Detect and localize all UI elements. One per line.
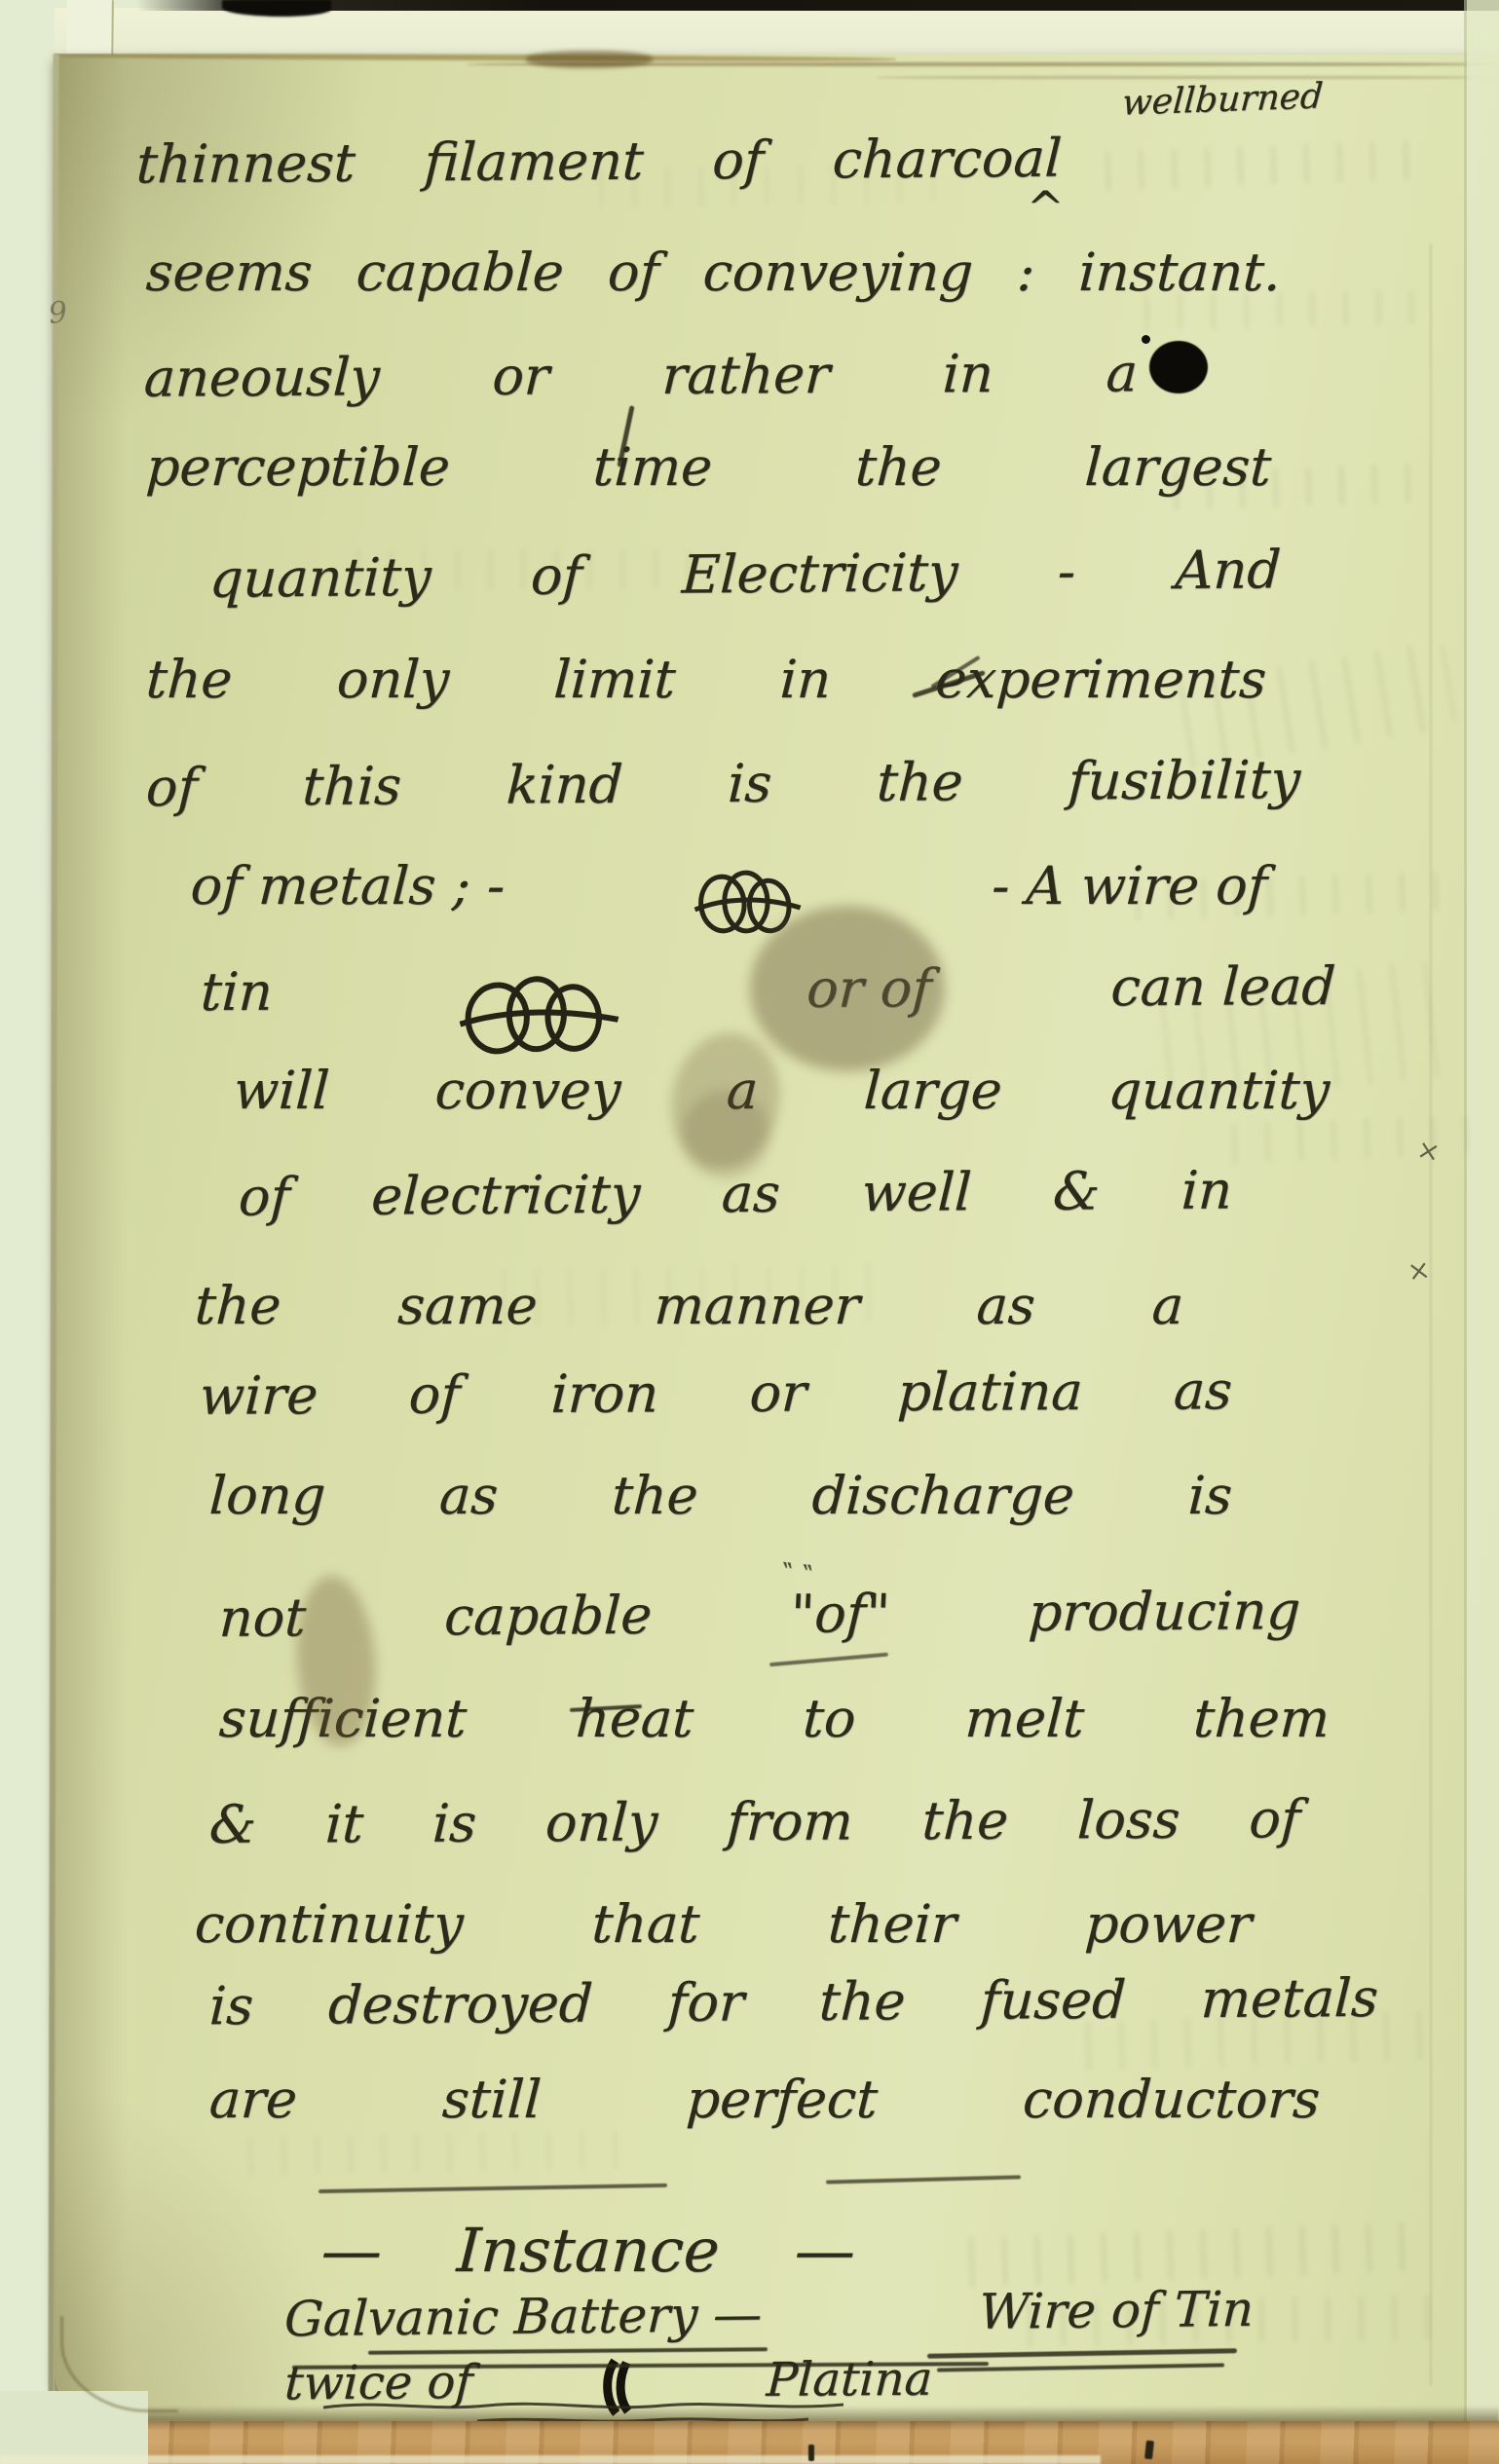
- word: capable: [443, 1588, 654, 1645]
- word: of: [145, 761, 199, 816]
- word: capable: [355, 245, 565, 301]
- section-heading: — Instance —: [319, 2219, 856, 2282]
- word: will: [233, 1064, 331, 1119]
- word: charcoal: [831, 131, 1063, 188]
- word: same: [396, 1279, 539, 1334]
- fold-streak: [877, 76, 1499, 79]
- word: destroyed: [327, 1976, 594, 2034]
- word: as: [975, 1279, 1036, 1334]
- word: conductors: [1022, 2072, 1322, 2128]
- word: still: [441, 2072, 543, 2128]
- word: of: [407, 1367, 461, 1423]
- word: electricity: [370, 1168, 642, 1225]
- manuscript-line: wireofironorplatinaas: [199, 1363, 1234, 1424]
- word: quantity: [208, 550, 432, 608]
- word: of: [530, 548, 583, 604]
- ink-blot: [1149, 341, 1208, 393]
- word: perfect: [685, 2072, 879, 2128]
- scanner-strip: [0, 2455, 1101, 2464]
- galvanic-battery-label: Galvanic Battery —: [283, 2289, 763, 2345]
- heading-title: Instance: [456, 2219, 722, 2282]
- word: it: [324, 1797, 365, 1852]
- word: rather: [660, 348, 831, 404]
- word: or: [748, 1366, 807, 1422]
- word: a: [1105, 346, 1139, 401]
- smudge-mark: [750, 906, 945, 1071]
- word: a: [1150, 1279, 1184, 1334]
- word: power: [1083, 1897, 1253, 1953]
- word: fused: [979, 1973, 1127, 2030]
- word: convey: [433, 1064, 621, 1119]
- word: And: [1174, 542, 1282, 599]
- word: the: [818, 1974, 907, 2030]
- line-segment: tin: [200, 965, 274, 1021]
- line-segment: of metals ; -: [189, 859, 506, 915]
- word: is: [431, 1796, 478, 1851]
- manuscript-line: &itisonlyfromthelossof: [208, 1792, 1302, 1853]
- word: the: [145, 653, 234, 708]
- word: well: [860, 1165, 972, 1220]
- word: only: [544, 1796, 659, 1851]
- bleed-through-mark: [234, 2129, 644, 2175]
- word: the: [194, 1279, 282, 1334]
- word: manner: [653, 1279, 861, 1334]
- manuscript-line: longasthedischargeis: [208, 1469, 1234, 1524]
- word: perceptible: [145, 440, 452, 496]
- word: producing: [1028, 1584, 1302, 1641]
- word: experiments: [934, 653, 1267, 708]
- manuscript-line: continuitythattheirpower: [194, 1897, 1254, 1953]
- word: them: [1192, 1692, 1331, 1747]
- line-segment: can lead: [1109, 959, 1336, 1016]
- word: as: [438, 1469, 500, 1524]
- paper-edge-line: [1430, 243, 1432, 2386]
- word: loss: [1076, 1793, 1181, 1848]
- word: kind: [506, 758, 624, 814]
- word: in: [942, 347, 995, 402]
- word: Electricity: [681, 545, 959, 603]
- manuscript-line: notcapable"of"producing: [218, 1584, 1302, 1646]
- word: thinnest: [135, 136, 356, 193]
- word: of: [1248, 1792, 1301, 1848]
- word: for: [666, 1975, 745, 2031]
- scribble-strikeout: [449, 963, 629, 1062]
- word: seems: [145, 245, 315, 301]
- word: melt: [963, 1692, 1085, 1747]
- manuscript-line: quantityofElectricity-And: [208, 542, 1282, 607]
- right-sheet-band: [1467, 0, 1499, 2464]
- word: &: [1052, 1164, 1102, 1219]
- word: that: [590, 1897, 700, 1953]
- heading-dash: —: [319, 2219, 383, 2282]
- word: wire: [199, 1368, 319, 1424]
- word: in: [1180, 1163, 1234, 1218]
- word: the: [611, 1469, 699, 1524]
- footer-line-battery: Galvanic Battery — Wire of Tin: [283, 2284, 1255, 2345]
- word: instant.: [1077, 245, 1282, 301]
- word: are: [208, 2072, 299, 2128]
- word: or: [491, 349, 550, 404]
- line-segment: - A wire of: [991, 859, 1268, 915]
- word: filament: [423, 134, 645, 191]
- word: not: [218, 1590, 308, 1646]
- manuscript-line: of metals ; - - A wire of: [188, 859, 1269, 943]
- word: :: [1016, 245, 1036, 301]
- manuscript-line: aneouslyorratherina: [143, 346, 1140, 406]
- word: metals: [1200, 1971, 1380, 2028]
- insertion-word: wellburned: [1121, 76, 1325, 123]
- word: to: [802, 1692, 857, 1747]
- word: from: [726, 1794, 854, 1849]
- word: fusibility: [1067, 753, 1301, 809]
- word: this: [301, 759, 402, 814]
- manuscript-line: arestillperfectconductors: [208, 2072, 1322, 2128]
- edge-cross-mark: ×: [1405, 1253, 1433, 1288]
- word: the: [854, 440, 943, 496]
- word: large: [862, 1064, 1003, 1119]
- smudge-mark: [682, 1091, 769, 1178]
- word: largest: [1083, 440, 1272, 496]
- word: of: [238, 1170, 291, 1225]
- ink-blot: [1142, 335, 1150, 344]
- word: time: [591, 440, 713, 496]
- manuscript-line: isdestroyedforthefusedmetals: [208, 1971, 1380, 2035]
- manuscript-line: perceptibletimethelargest: [145, 440, 1273, 496]
- word: quantity: [1106, 1064, 1330, 1119]
- word: their: [827, 1897, 958, 1953]
- manuscript-line: ofthiskindisthefusibility: [145, 753, 1302, 816]
- word: iron: [549, 1366, 659, 1422]
- manuscript-line: sufficientheattomeltthem: [218, 1692, 1331, 1747]
- fold-streak: [526, 51, 653, 68]
- word: is: [208, 1979, 255, 2035]
- word: aneously: [143, 350, 381, 406]
- manuscript-line: theonlylimitinexperiments: [145, 653, 1268, 708]
- word: discharge: [810, 1469, 1075, 1524]
- word: platina: [896, 1364, 1084, 1421]
- word: &: [208, 1798, 258, 1853]
- word: long: [208, 1469, 327, 1524]
- manuscript-line: thinnestfilamentofcharcoal: [135, 131, 1064, 193]
- manuscript-scan: 9 × × wellburned ^ thinnestfilamentofcha…: [0, 0, 1499, 2464]
- word: limit: [552, 653, 677, 708]
- word: of: [607, 245, 660, 301]
- word: conveying: [701, 245, 974, 301]
- caret-mark: ^: [1027, 181, 1065, 234]
- word: heat: [575, 1692, 695, 1747]
- ditto-marks: ‶ ‶: [777, 1556, 811, 1593]
- manuscript-line: seemscapableofconveying:instant.: [145, 245, 1283, 301]
- word: only: [336, 653, 451, 708]
- word: as: [1173, 1363, 1234, 1419]
- word: in: [778, 653, 832, 708]
- word: the: [876, 755, 964, 810]
- word: the: [920, 1794, 1009, 1849]
- word: is: [727, 757, 773, 812]
- wood-mark: [808, 2445, 814, 2461]
- top-shadow-strip: [136, 0, 1499, 11]
- word: -: [1057, 544, 1077, 600]
- wire-of-tin-label: Wire of Tin: [978, 2284, 1255, 2337]
- heading-dash: —: [793, 2219, 856, 2282]
- word: is: [1186, 1469, 1233, 1524]
- word: "of": [789, 1587, 891, 1642]
- word: continuity: [194, 1897, 466, 1953]
- word: of: [711, 133, 765, 189]
- manuscript-line: thesamemannerasa: [194, 1279, 1185, 1334]
- manuscript-line: willconveyalargequantity: [233, 1064, 1331, 1119]
- pencil-page-number: 9: [47, 295, 69, 331]
